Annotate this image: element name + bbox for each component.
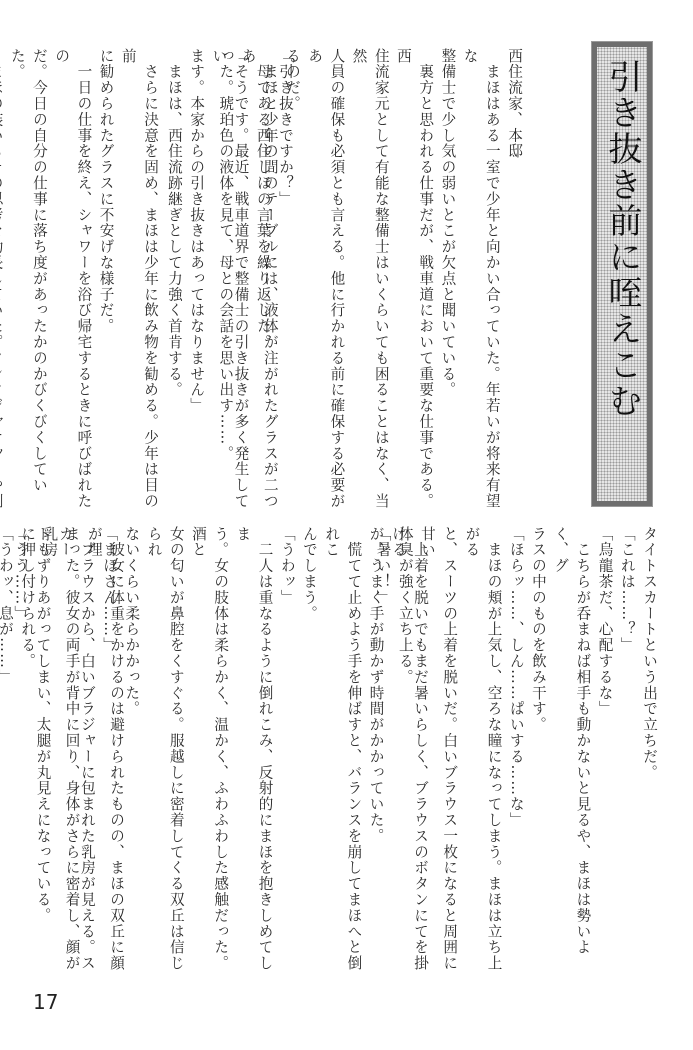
text-line: 二人は重なるように倒れこみ、反射的にまほを抱きしめてしま [231,526,275,976]
text-line: 「引き抜きですか？」 [274,48,296,518]
text-line: 慌てて止めよう手を伸ばすと、バランスを崩してまほへと倒れこ [320,526,364,976]
text-line: に勧められたグラスに不安げな様子だ。 [94,48,116,518]
text-line: まほはある一室で少年と向かい合っていた。年若いが将来有望な [458,48,502,518]
text-line: だ。今日の自分の仕事に落ち度があったかのかびくびくしていた。 [6,48,50,518]
text-line: 一日の仕事を終え、シャワーを浴び帰宅するときに呼びばれたの [50,48,94,518]
text-line: 人員の確保も必須とも言える。他に行かれる前に確保する必要があ [303,48,347,518]
text-line: 西住流家、本邸 [503,48,525,518]
top-text-block-c: さらに決意を固め、まほは少年に飲み物を勧める。少年は目の前 に勧められたグラスに… [0,48,161,518]
text-line: タイトスカートという出で立ちだ。 [638,526,660,976]
text-line: 「烏龍茶だ、心配するな」 [593,526,615,976]
bottom-text-block-c: 彼女に体重をかけるのは避けられたものの、まほの双丘に顔が埋 まった。彼女の両手が… [0,526,127,976]
text-line: まほは、西住流跡継ぎとして力強く首肯する。 [163,48,185,518]
text-line: 上着を脱いでもまだ暑いらしく、ブラウスのボタンにてを掛ける [387,526,431,976]
text-line: 整備士で少し気の弱いとこが欠点と聞いている。 [436,48,458,518]
text-line: に押し付けられる。 [16,526,38,976]
text-line: 裏方と思われる仕事だが、戦車道において重要な仕事である。西 [392,48,436,518]
chapter-title: 引き抜き前に咥えこむ [597,59,647,419]
top-text-block-b: 「引き抜きですか？」 母である西住しほの言葉を繰り返した。 「そうです。最近、戦… [163,48,296,518]
text-line: ラスの中のものを飲み干す。 [527,526,549,976]
text-line: 母である西住しほの言葉を繰り返した。 [252,48,274,518]
text-line: まほの頬が上気し、空ろな瞳になってしまう。まほは立ち上がる [460,526,504,976]
text-line: ます。本家からの引き抜きはあってはなりません」 [185,48,207,518]
text-line: こちらが呑まねば相手も動かないと見るや、まほは勢いよく、グ [549,526,593,976]
text-line: が、うまく手が動かず時間がかかっていた。 [364,526,386,976]
text-line: んでしまう。 [298,526,320,976]
chapter-title-box: 引き抜き前に咥えこむ [592,42,652,506]
text-line: 「うわッ」 [276,526,298,976]
text-line: 彼女に体重をかけるのは避けられたものの、まほの双丘に顔が埋 [83,526,127,976]
text-line: 「ほらッ……、しん……ぱいする……な」 [505,526,527,976]
text-line: まほの装いもその思考を助長していた。タンクジャケットや制服 [0,48,6,518]
text-line: 女の匂いが鼻腔をくすぐる。服越しに密着してくる双丘は信じられ [142,526,186,976]
text-line: 「そうです。最近、戦車道界で整備士の引き抜きが多く発生してい [207,48,251,518]
text-line: う。女の肢体は柔らかく、温かく、ふわふわした感触だった。酒と [187,526,231,976]
text-line: 「これは……？」 [616,526,638,976]
page-number: 17 [33,990,58,1014]
text-line: 住流家元として有能な整備士はいくらいても困ることはなく、当然 [347,48,391,518]
text-line: 「うわッ、息が……」 [0,526,16,976]
text-line: さらに決意を固め、まほは少年に飲み物を勧める。少年は目の前 [117,48,161,518]
text-line: まった。彼女の両手が背中に回り、身体がさらに密着し、顔が乳房 [38,526,82,976]
